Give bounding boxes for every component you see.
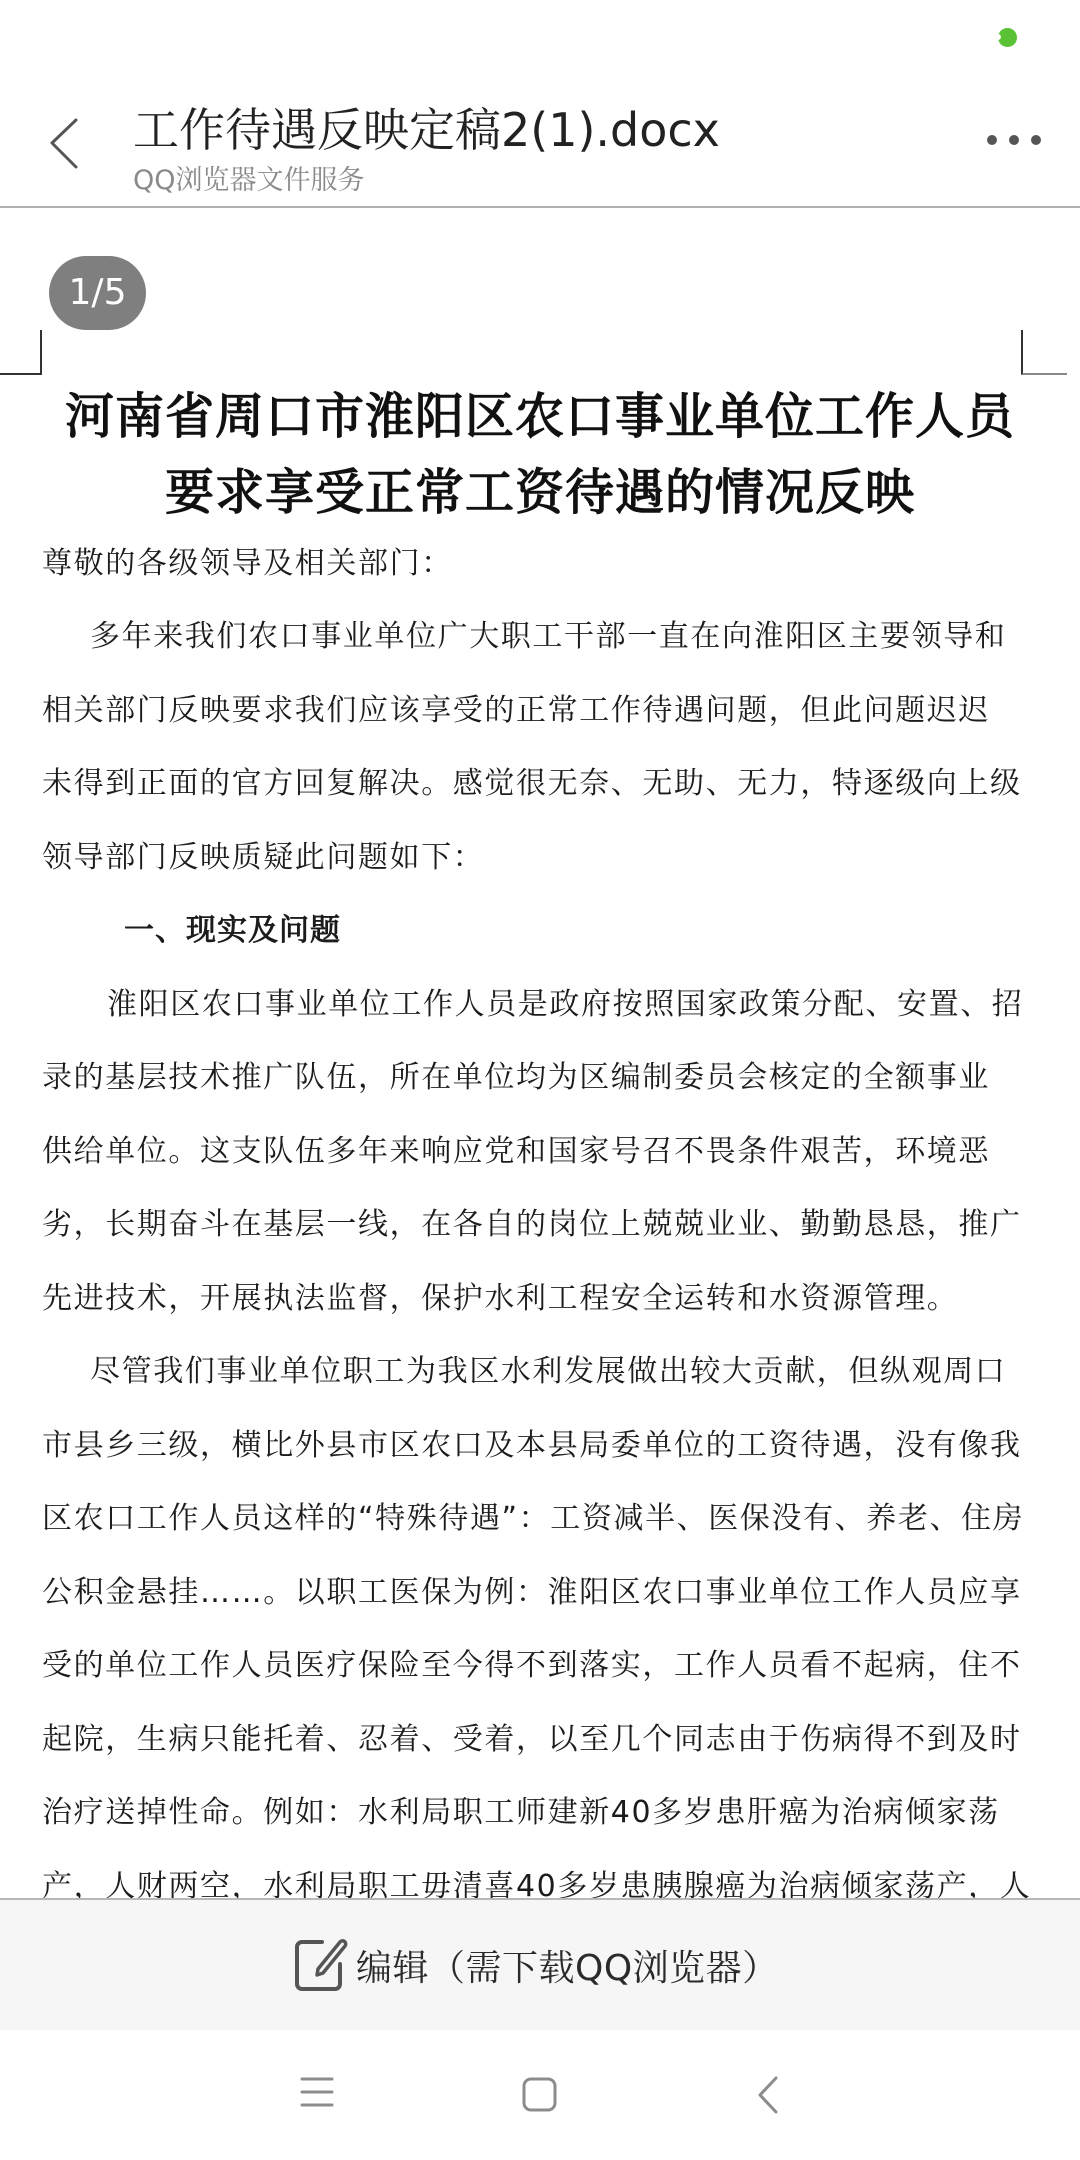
- paragraph-line: 起院，生病只能托着、忍着、受着，以至几个同志由于伤病得不到及时: [42, 1714, 1022, 1758]
- page-corner-mark: [0, 330, 42, 375]
- paragraph-line: 先进技术，开展执法监督，保护水利工程安全运转和水资源管理。: [42, 1273, 958, 1317]
- section-heading: 一、现实及问题: [124, 905, 341, 949]
- menu-icon: [296, 2074, 338, 2110]
- more-dot-icon: [1031, 135, 1041, 145]
- more-options-button[interactable]: [982, 120, 1052, 160]
- edit-button[interactable]: 编辑（需下载QQ浏览器）: [292, 1935, 779, 1995]
- screen: 工作待遇反映定稿2(1).docx QQ浏览器文件服务 1/5 河南省周口市淮阳…: [0, 0, 1080, 2160]
- salutation: 尊敬的各级领导及相关部门：: [42, 538, 453, 582]
- system-nav-bar: [0, 2030, 1080, 2160]
- paragraph-line: 受的单位工作人员医疗保险至今得不到落实，工作人员看不起病，住不: [42, 1640, 1022, 1684]
- page-indicator: 1/5: [49, 256, 146, 330]
- paragraph-line: 治疗送掉性命。例如：水利局职工师建新40多岁患肝癌为治病倾家荡: [42, 1787, 1000, 1831]
- status-bar: [0, 0, 1080, 70]
- edit-bar: 编辑（需下载QQ浏览器）: [0, 1898, 1080, 2032]
- paragraph-line: 录的基层技术推广队伍，所在单位均为区编制委员会核定的全额事业: [42, 1052, 990, 1096]
- paragraph-line: 公积金悬挂……。以职工医保为例：淮阳区农口事业单位工作人员应享: [42, 1567, 1022, 1611]
- paragraph-line: 淮阳区农口事业单位工作人员是政府按照国家政策分配、安置、招: [107, 979, 1023, 1023]
- paragraph-line: 领导部门反映质疑此问题如下：: [42, 832, 484, 876]
- document-viewer[interactable]: 1/5 河南省周口市淮阳区农口事业单位工作人员 要求享受正常工资待遇的情况反映 …: [0, 208, 1080, 1898]
- app-header: 工作待遇反映定稿2(1).docx QQ浏览器文件服务: [0, 70, 1080, 208]
- paragraph-line: 市县乡三级，横比外县市区农口及本县局委单位的工资待遇，没有像我: [42, 1420, 1022, 1464]
- home-icon: [518, 2074, 562, 2118]
- paragraph-line: 尽管我们事业单位职工为我区水利发展做出较大贡献，但纵观周口: [90, 1346, 1006, 1390]
- document-heading-line-2: 要求享受正常工资待遇的情况反映: [0, 454, 1080, 524]
- edit-icon: [292, 1936, 350, 1994]
- status-indicator-icon: [998, 28, 1017, 47]
- recent-apps-button[interactable]: [296, 2074, 338, 2110]
- more-dot-icon: [1009, 135, 1019, 145]
- page-corner-mark: [1021, 330, 1067, 375]
- document-source: QQ浏览器文件服务: [133, 158, 365, 197]
- paragraph-line: 多年来我们农口事业单位广大职工干部一直在向淮阳区主要领导和: [90, 611, 1006, 655]
- paragraph-line: 产，人财两空，水利局职工毋清喜40多岁患胰腺癌为治病倾家荡产，人: [42, 1861, 1031, 1898]
- home-button[interactable]: [518, 2074, 562, 2118]
- system-back-button[interactable]: [750, 2074, 784, 2118]
- edit-button-label: 编辑（需下载QQ浏览器）: [356, 1940, 779, 1991]
- back-icon: [750, 2074, 784, 2118]
- paragraph-line: 区农口工作人员这样的“特殊待遇”：工资减半、医保没有、养老、住房: [42, 1493, 1024, 1537]
- paragraph-line: 劣，长期奋斗在基层一线，在各自的岗位上兢兢业业、勤勤恳恳，推广: [42, 1199, 1022, 1243]
- paragraph-line: 未得到正面的官方回复解决。感觉很无奈、无助、无力，特逐级向上级: [42, 758, 1022, 802]
- back-button[interactable]: [36, 110, 92, 174]
- more-dot-icon: [987, 135, 997, 145]
- paragraph-line: 相关部门反映要求我们应该享受的正常工作待遇问题，但此问题迟迟: [42, 685, 990, 729]
- paragraph-line: 供给单位。这支队伍多年来响应党和国家号召不畏条件艰苦，环境恶: [42, 1126, 990, 1170]
- document-heading-line-1: 河南省周口市淮阳区农口事业单位工作人员: [0, 378, 1080, 448]
- document-title: 工作待遇反映定稿2(1).docx: [133, 94, 720, 160]
- chevron-left-icon: [36, 110, 92, 174]
